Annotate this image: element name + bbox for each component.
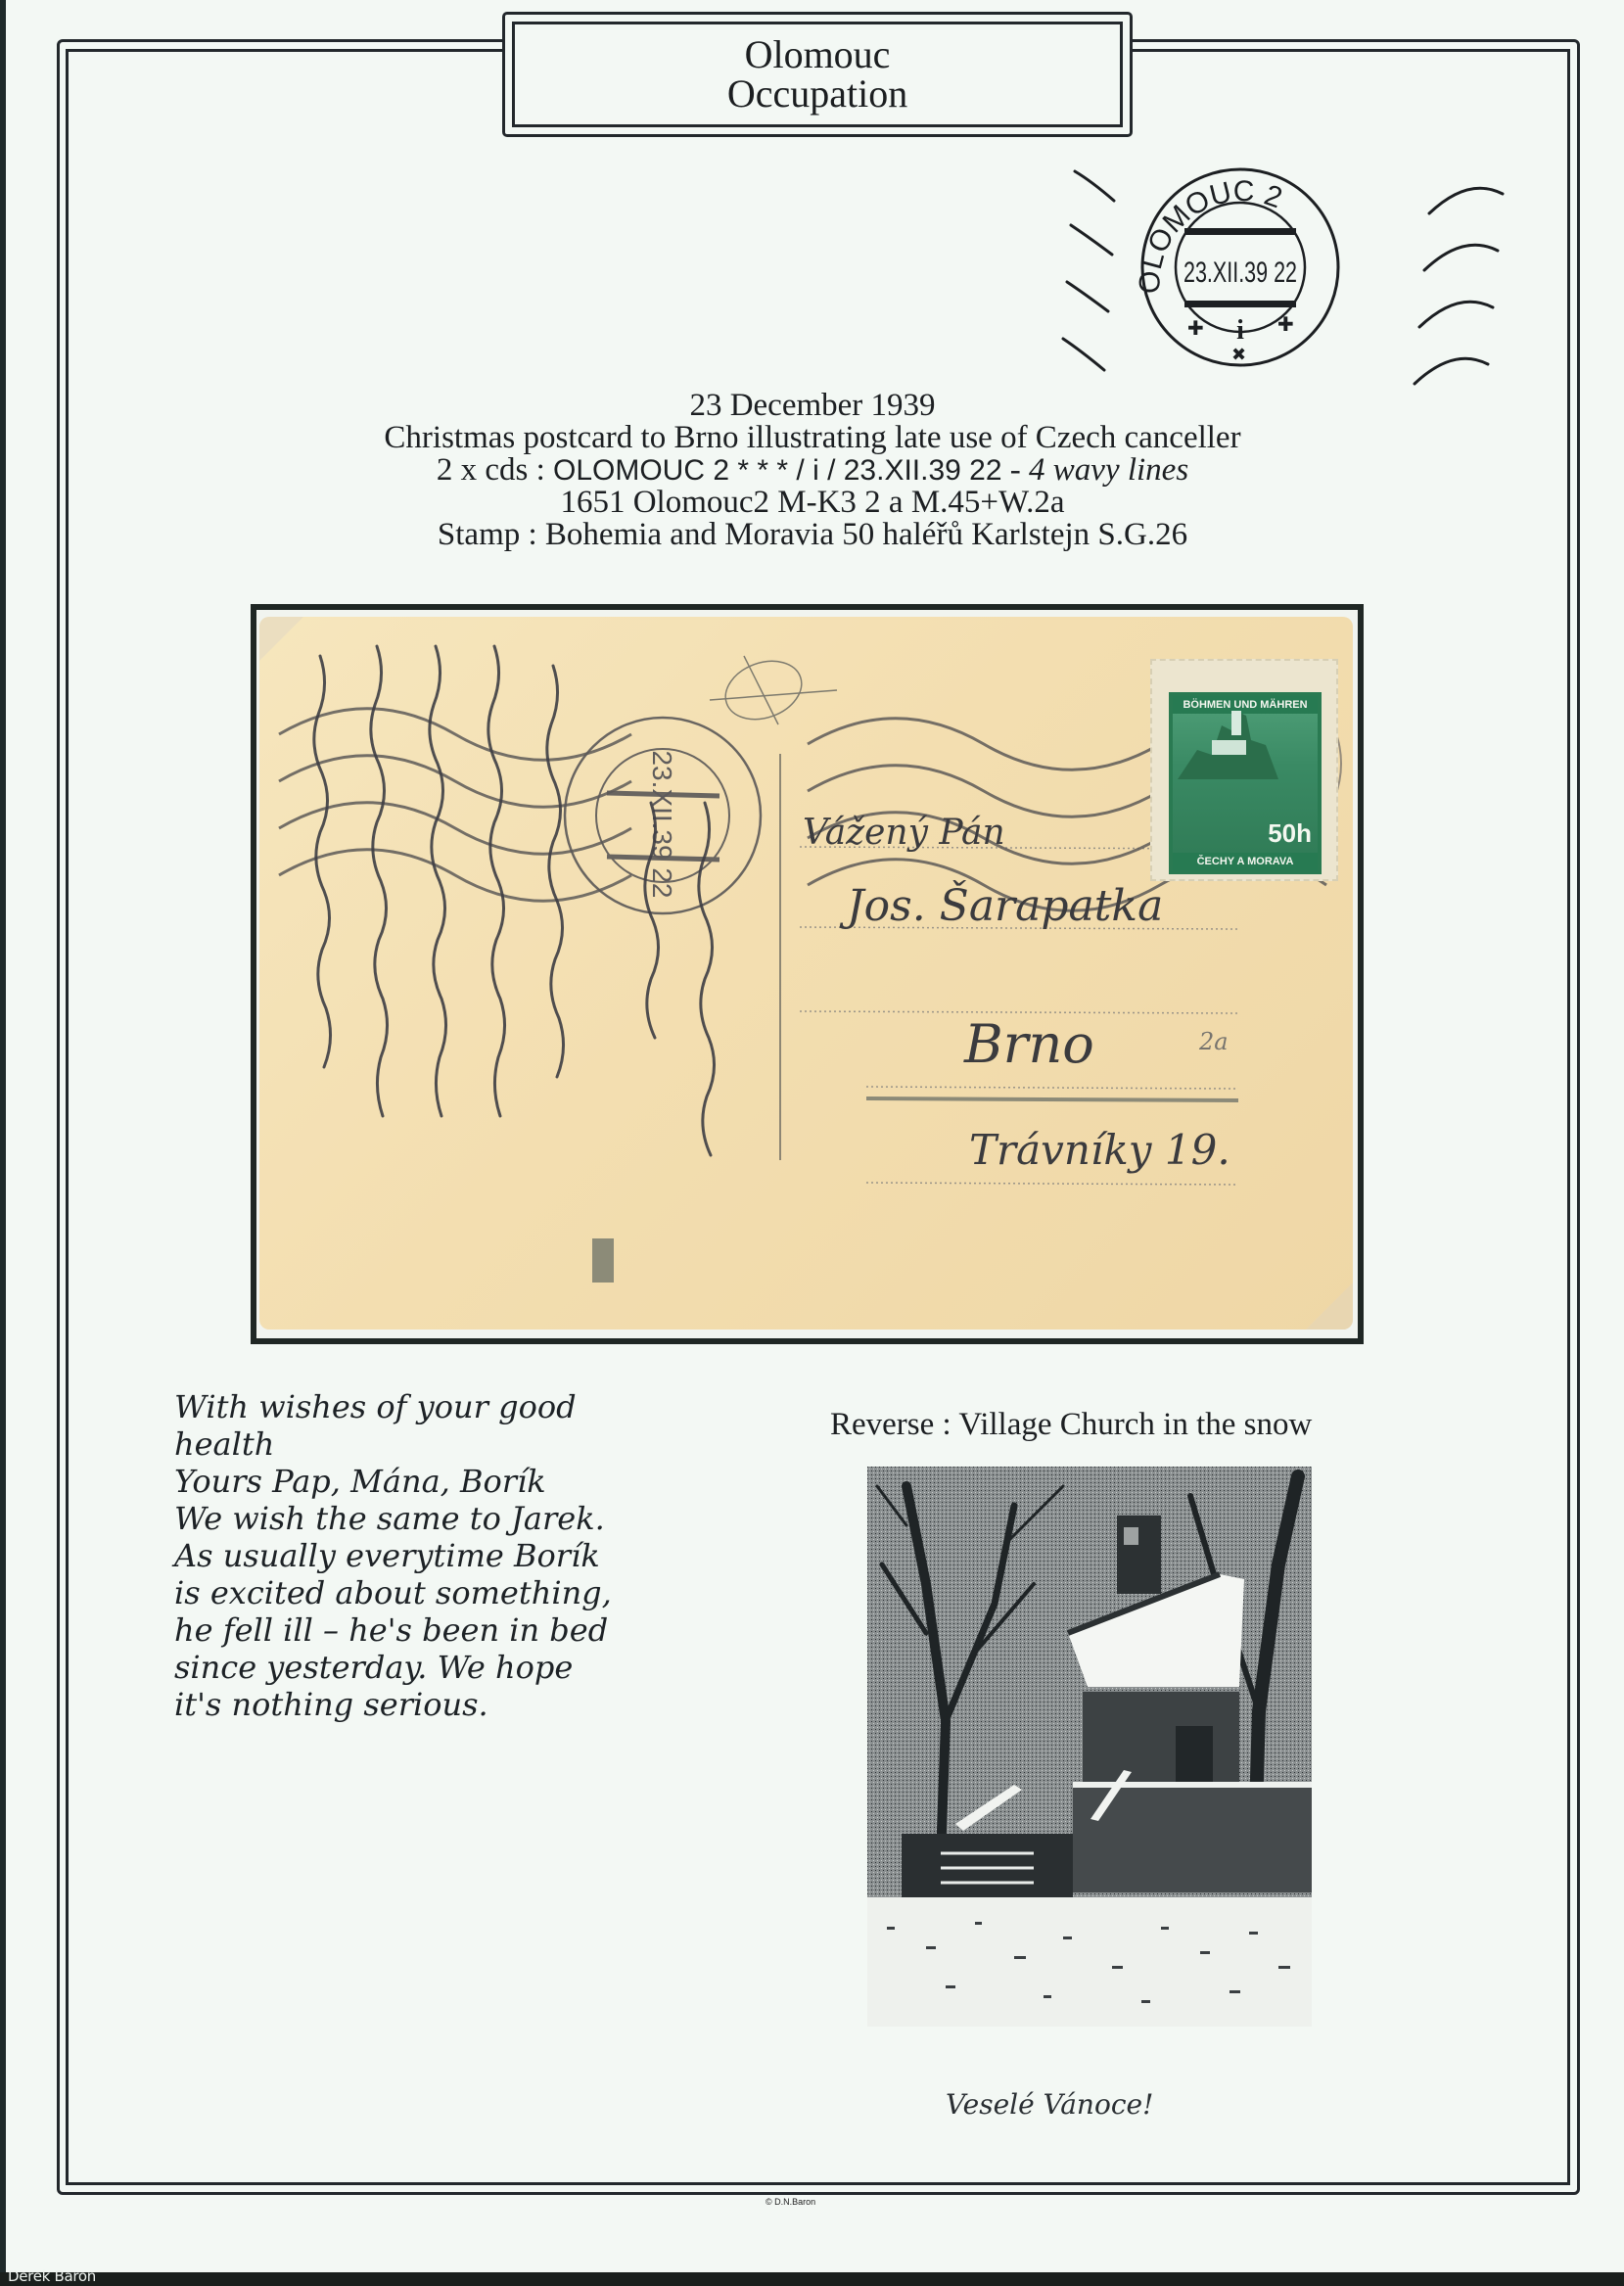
postage-stamp: BÖHMEN UND MÄHREN 50h ČECHY A MORAVA xyxy=(1150,659,1338,881)
address-note: 2a xyxy=(1199,1028,1229,1055)
caption-cds: 2 x cds : OLOMOUC 2 * * * / i / 23.XII.3… xyxy=(235,454,1390,487)
caption-cds-detail: OLOMOUC 2 * * * / i / 23.XII.39 22 xyxy=(553,454,1002,487)
copyright-notice: © D.N.Baron xyxy=(766,2197,815,2207)
reverse-greeting: Veselé Vánoce! xyxy=(946,2088,1153,2121)
reverse-caption: Reverse : Village Church in the snow xyxy=(830,1407,1312,1443)
postmark-illustration: OLOMOUC 2 23.XII.39 22 i ✚ ✚ ✖ xyxy=(1047,147,1576,392)
translation-line: Yours Pap, Mána, Borík xyxy=(174,1463,722,1500)
caption-stamp: Stamp : Bohemia and Moravia 50 haléřů Ka… xyxy=(235,519,1390,551)
address-name: Jos. Šarapatka xyxy=(847,881,1163,931)
address-street: Trávníky 19. xyxy=(969,1126,1230,1174)
svg-text:i: i xyxy=(1236,315,1244,346)
svg-text:23.XII.39 22: 23.XII.39 22 xyxy=(647,750,677,898)
caption-catalogue: 1651 Olomouc2 M-K3 2 a M.45+W.2a xyxy=(235,487,1390,519)
svg-text:✖: ✖ xyxy=(1231,345,1246,365)
translation-line: With wishes of your good xyxy=(174,1388,722,1425)
stamp-image-karlstejn: BÖHMEN UND MÄHREN 50h ČECHY A MORAVA xyxy=(1169,692,1322,874)
caption-description: Christmas postcard to Brno illustrating … xyxy=(235,422,1390,454)
address-salutation: Vážený Pán xyxy=(803,813,1005,853)
translation-line: As usually everytime Borík xyxy=(174,1537,722,1574)
address-city: Brno xyxy=(964,1013,1094,1075)
postcard-image: 23.XII.39 22 BÖHMEN UND MÄHREN 50h ČECHY… xyxy=(259,617,1353,1330)
castle-icon xyxy=(1173,696,1280,784)
translation-line: is excited about something, xyxy=(174,1574,722,1611)
translation-line: We wish the same to Jarek. xyxy=(174,1500,722,1537)
caption-cds-italic: 4 wavy lines xyxy=(1029,452,1188,488)
translation-line: since yesterday. We hope xyxy=(174,1649,722,1686)
stamp-value: 50h xyxy=(1268,818,1312,849)
svg-text:23.XII.39 22: 23.XII.39 22 xyxy=(1183,257,1297,289)
translation-line: health xyxy=(174,1425,722,1463)
page-title: Olomouc xyxy=(745,35,891,74)
svg-text:✚: ✚ xyxy=(1187,316,1204,340)
church-snow-illustration xyxy=(867,1467,1312,2027)
page-title-box: Olomouc Occupation xyxy=(502,12,1133,137)
translation-line: it's nothing serious. xyxy=(174,1686,722,1723)
scan-edge xyxy=(0,0,6,2286)
caption-date: 23 December 1939 xyxy=(235,390,1390,422)
scan-credit: Derek Baron xyxy=(8,2267,96,2285)
stamp-bottom-text: ČECHY A MORAVA xyxy=(1173,853,1318,870)
reverse-church-image xyxy=(867,1467,1312,2027)
caption-cds-prefix: 2 x cds : xyxy=(437,452,553,488)
caption-cds-dash: - xyxy=(1002,452,1030,488)
item-description: 23 December 1939 Christmas postcard to B… xyxy=(235,390,1390,551)
page-subtitle: Occupation xyxy=(727,74,907,114)
translation-line: he fell ill – he's been in bed xyxy=(174,1611,722,1649)
message-translation: With wishes of your good health Yours Pa… xyxy=(174,1388,722,1723)
svg-text:✚: ✚ xyxy=(1277,312,1294,336)
scan-bottom-strip xyxy=(0,2272,1624,2286)
